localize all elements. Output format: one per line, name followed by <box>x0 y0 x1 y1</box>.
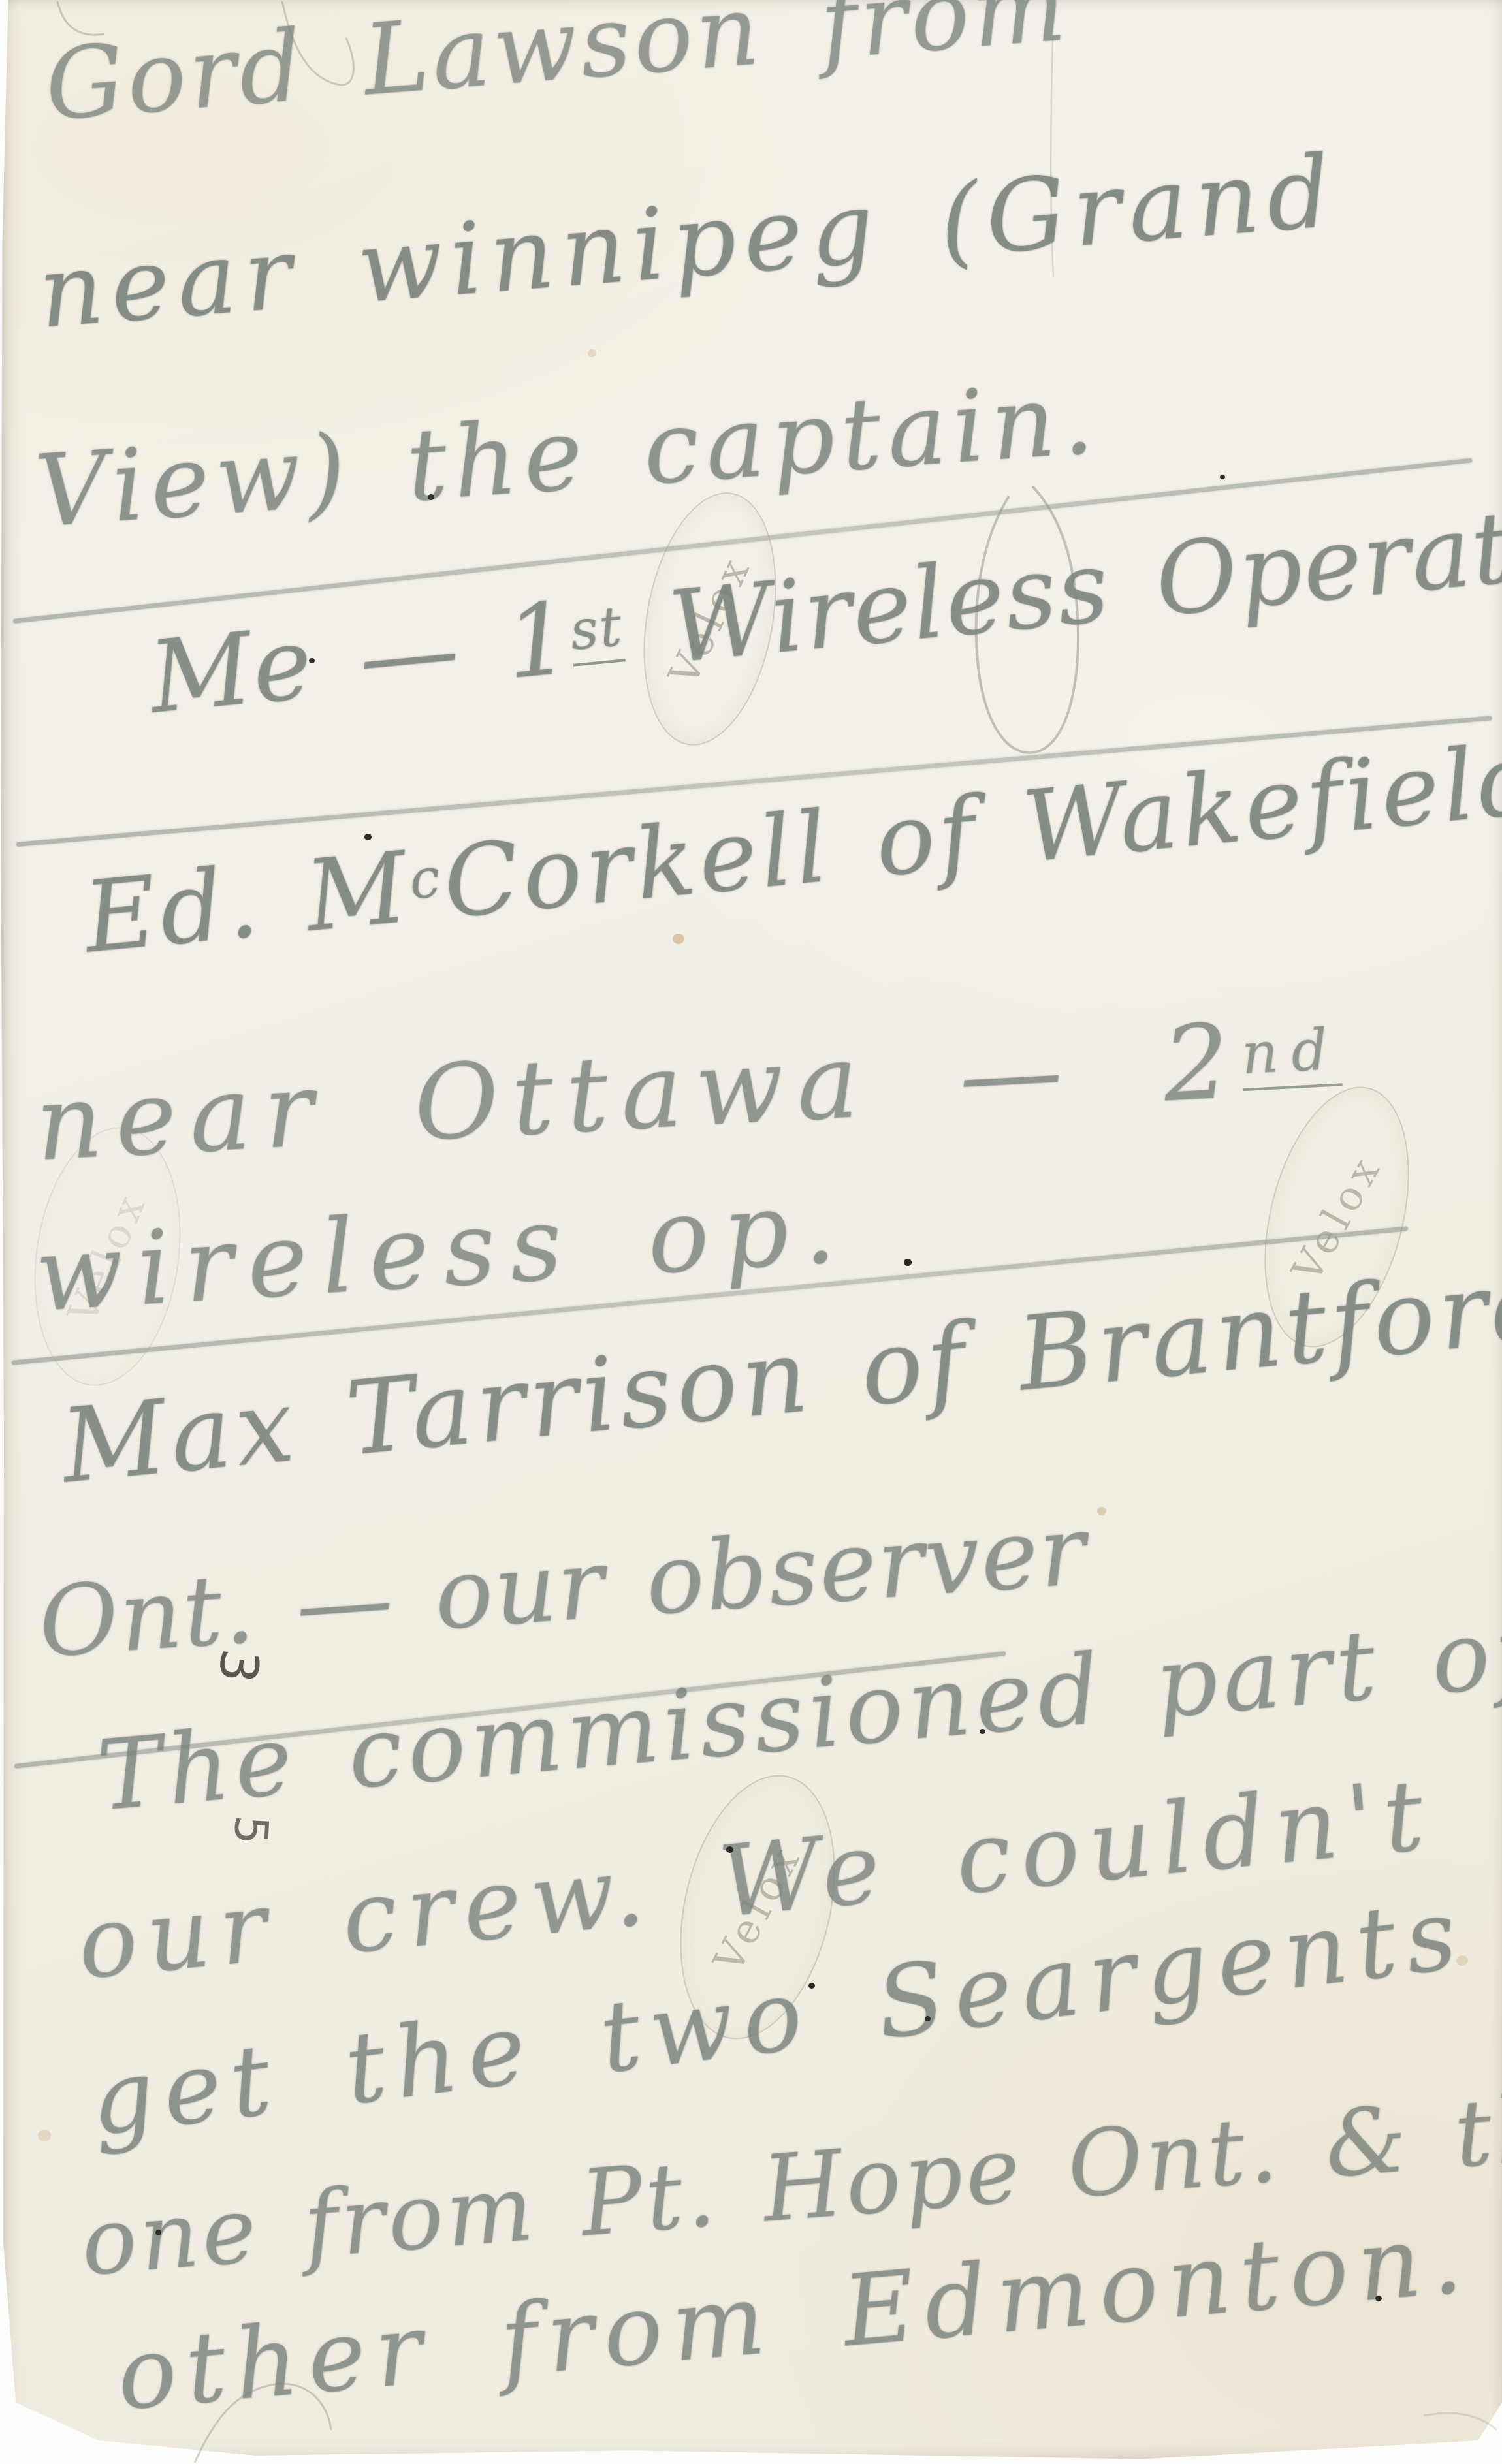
ink-speck <box>904 1259 912 1266</box>
line-4-superscript: st <box>567 593 626 666</box>
age-stain <box>673 934 684 944</box>
line-5-superscript: c <box>407 846 447 912</box>
ink-speck <box>364 834 372 840</box>
ink-speck <box>155 2230 161 2235</box>
ink-speck <box>1375 2296 1382 2301</box>
ink-speck <box>925 2016 931 2021</box>
ink-speck <box>309 658 315 663</box>
age-stain <box>1456 1955 1468 1966</box>
ink-speck <box>808 1983 815 1989</box>
ink-speck <box>428 494 434 500</box>
age-stain <box>1097 1507 1106 1515</box>
ink-speck <box>726 1846 733 1853</box>
ink-speck <box>980 1729 985 1734</box>
age-stain <box>588 349 596 357</box>
scanned-note-canvas: Velox Velox Velox Velox Gord Lawson from… <box>0 0 1502 2464</box>
ink-annotation-5: 5 <box>223 1814 278 1846</box>
age-stain <box>38 2130 51 2141</box>
ink-speck <box>1220 475 1225 479</box>
line-6-superscript: nd <box>1240 1016 1343 1091</box>
